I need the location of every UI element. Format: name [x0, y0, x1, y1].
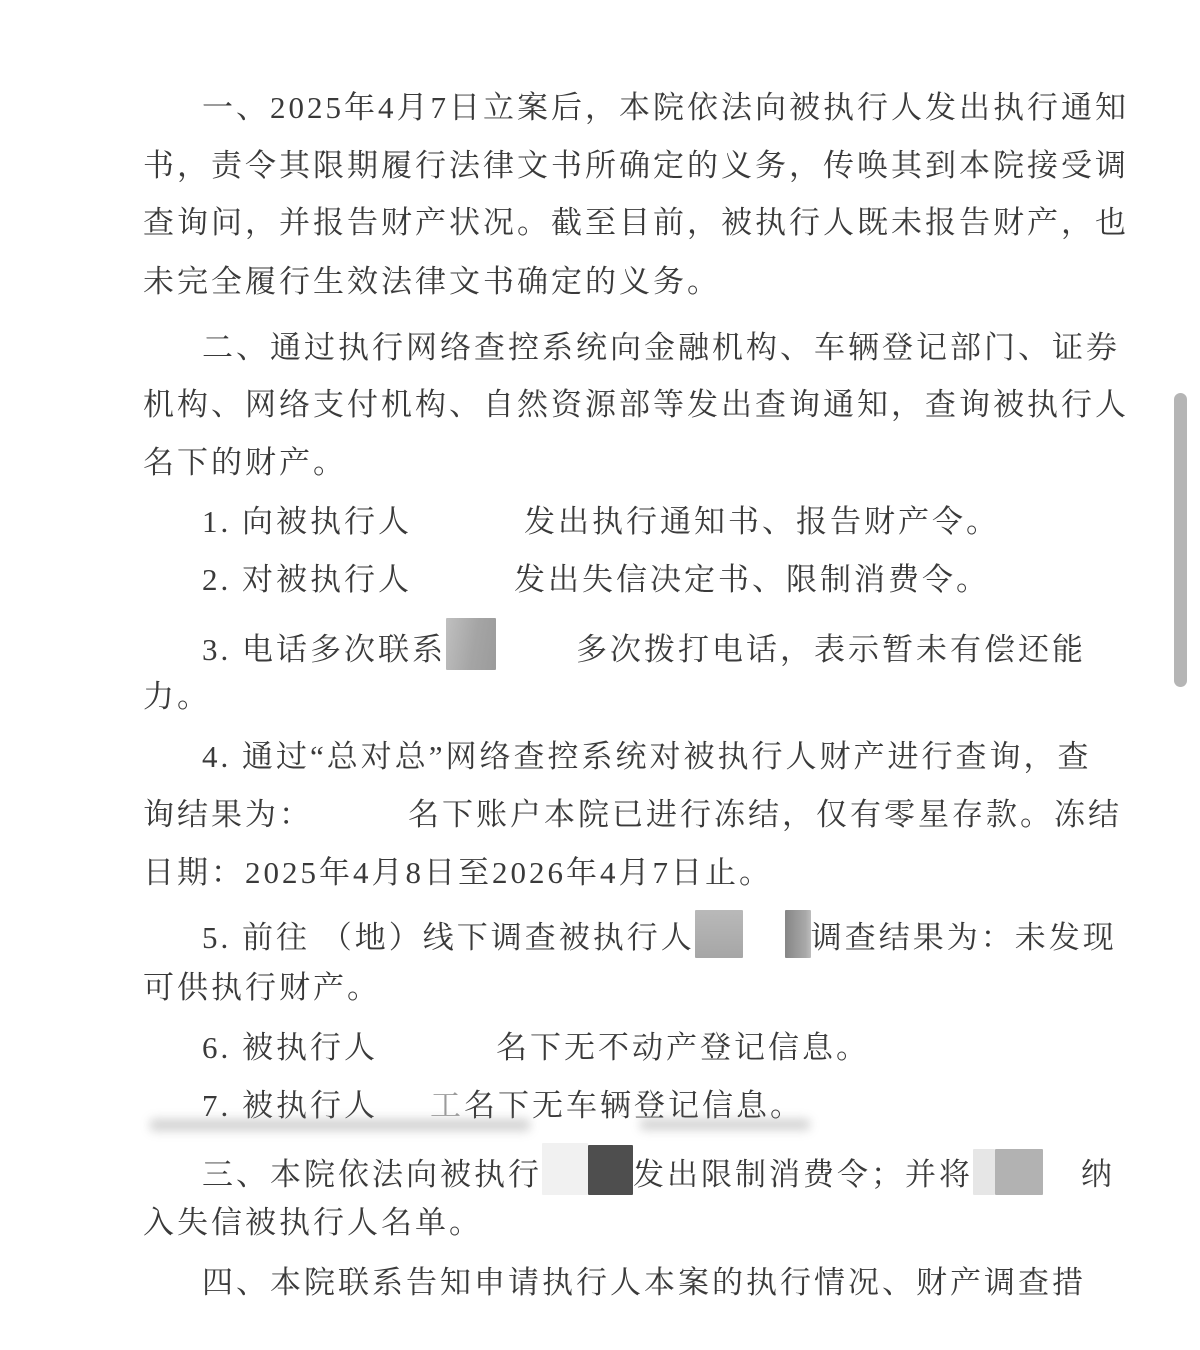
redacted-name-gap [496, 659, 576, 660]
text-line: 名下的财产。 [143, 443, 347, 483]
text-segment: 1. 向被执行人 [202, 504, 412, 539]
text-segment: 名下无不动产登记信息。 [496, 1030, 870, 1065]
text-line: 4. 通过“总对总”网络查控系统对被执行人财产进行查询，查 [202, 737, 1092, 777]
text-segment: 询结果为： [143, 797, 313, 832]
document-page: 一、2025年4月7日立案后，本院依法向被执行人发出执行通知 书，责令其限期履行… [0, 0, 1200, 1350]
text-line: 日期：2025年4月8日至2026年4月7日止。 [143, 853, 773, 893]
text-segment: 纳 [1081, 1157, 1115, 1192]
scan-ghost-artifact [150, 1119, 530, 1131]
text-segment: 5. 前往 （地）线下调查被执行人 [202, 920, 695, 955]
text-line: 6. 被执行人名下无不动产登记信息。 [202, 1028, 870, 1068]
text-line: 二、通过执行网络查控系统向金融机构、车辆登记部门、证券 [202, 328, 1120, 368]
text-line: 2. 对被执行人发出失信决定书、限制消费令。 [202, 560, 990, 600]
text-line: 1. 向被执行人发出执行通知书、报告财产令。 [202, 502, 1000, 542]
text-line: 书，责令其限期履行法律文书所确定的义务，传唤其到本院接受调 [143, 146, 1129, 186]
redaction-block [973, 1149, 995, 1195]
text-line: 三、本院依法向被执行发出限制消费令；并将纳 [202, 1143, 1115, 1195]
redacted-name-gap [313, 824, 408, 825]
text-line: 查询问，并报告财产状况。截至目前，被执行人既未报告财产，也 [143, 203, 1129, 243]
text-segment: 2. 对被执行人 [202, 562, 412, 597]
redacted-name-gap [412, 531, 524, 532]
text-line: 未完全履行生效法律文书确定的义务。 [143, 262, 721, 302]
partially-erased-character: 工 [430, 1088, 464, 1123]
text-segment: 3. 电话多次联系 [202, 632, 446, 667]
text-line: 询结果为：名下账户本院已进行冻结，仅有零星存款。冻结 [143, 795, 1122, 835]
redaction-block [785, 910, 811, 958]
text-line: 机构、网络支付机构、自然资源部等发出查询通知，查询被执行人 [143, 385, 1129, 425]
text-segment: 发出失信决定书、限制消费令。 [514, 562, 990, 597]
text-line: 一、2025年4月7日立案后，本院依法向被执行人发出执行通知 [202, 88, 1129, 128]
text-segment: 发出限制消费令；并将 [633, 1157, 973, 1192]
text-segment: 发出执行通知书、报告财产令。 [524, 504, 1000, 539]
redacted-name-gap [1043, 1184, 1081, 1185]
text-line: 5. 前往 （地）线下调查被执行人调查结果为：未发现 [202, 910, 1117, 958]
scan-ghost-artifact [640, 1119, 810, 1130]
text-line: 入失信被执行人名单。 [143, 1203, 483, 1243]
text-segment: 多次拨打电话，表示暂未有偿还能 [576, 632, 1086, 667]
redaction-block [995, 1149, 1043, 1195]
redaction-block [695, 910, 743, 958]
redaction-block [588, 1145, 633, 1195]
redaction-block [542, 1143, 588, 1195]
text-line: 四、本院联系告知申请执行人本案的执行情况、财产调查措 [202, 1263, 1086, 1303]
text-segment: 名下无车辆登记信息。 [464, 1088, 804, 1123]
redacted-name-gap [378, 1057, 496, 1058]
text-line: 可供执行财产。 [143, 968, 381, 1008]
text-segment: 6. 被执行人 [202, 1030, 378, 1065]
text-segment: 调查结果为：未发现 [811, 920, 1117, 955]
text-segment: 名下账户本院已进行冻结，仅有零星存款。冻结 [408, 797, 1122, 832]
redacted-name-gap [743, 947, 785, 948]
text-segment: 7. 被执行人 [202, 1088, 378, 1123]
redaction-block [446, 618, 496, 670]
text-line: 3. 电话多次联系多次拨打电话，表示暂未有偿还能 [202, 618, 1086, 670]
redacted-name-gap [378, 1115, 430, 1116]
text-segment: 三、本院依法向被执行 [202, 1157, 542, 1192]
text-line: 力。 [143, 677, 211, 717]
scrollbar-thumb[interactable] [1174, 393, 1187, 687]
redacted-name-gap [412, 589, 514, 590]
